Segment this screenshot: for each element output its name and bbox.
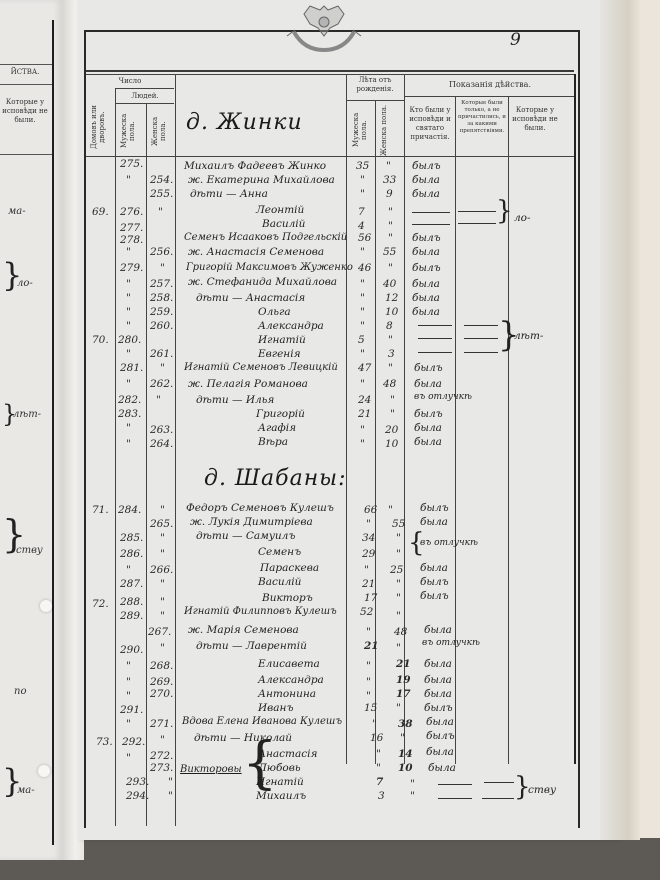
header-number: Число xyxy=(88,77,172,86)
male-number: " xyxy=(126,676,131,688)
age-male: " xyxy=(360,378,365,390)
page-frame-rule xyxy=(52,20,54,845)
person-name: дѣти — Анастасія xyxy=(196,292,305,304)
confession-mark: былъ xyxy=(412,262,441,274)
confession-mark: былъ xyxy=(412,160,441,172)
female-number: " xyxy=(160,362,165,374)
female-number: " xyxy=(160,596,165,608)
header-female: Женска пола. xyxy=(151,106,167,156)
age-female: " xyxy=(388,232,393,244)
person-name: Вѣра xyxy=(258,436,288,448)
confession-mark: была xyxy=(420,516,448,528)
age-female: " xyxy=(410,790,415,802)
blank-dash xyxy=(418,325,452,326)
blank-dash xyxy=(458,223,496,224)
header-age: Лѣта отъ рожденія. xyxy=(348,76,402,94)
age-male: " xyxy=(360,188,365,200)
age-female: " xyxy=(388,206,393,218)
age-male: " xyxy=(366,518,371,530)
person-name: Любовь xyxy=(258,762,301,774)
age-female: " xyxy=(396,642,401,654)
male-number: 283. xyxy=(118,408,141,420)
age-male: " xyxy=(366,626,371,638)
age-female: " xyxy=(396,532,401,544)
age-male: 21 xyxy=(364,640,379,652)
column-rule xyxy=(175,74,176,826)
age-female: " xyxy=(388,262,393,274)
person-name: Григорій Максимовъ Жуженко xyxy=(186,262,353,273)
blank-dash xyxy=(464,338,498,339)
female-number: 258. xyxy=(150,292,173,304)
female-number: 272. xyxy=(150,750,173,762)
age-male: " xyxy=(360,438,365,450)
person-name: Вдова Елена Иванова Кулешъ xyxy=(182,716,342,727)
blank-dash xyxy=(438,798,472,799)
confession-mark: былъ xyxy=(420,502,449,514)
age-female: 33 xyxy=(383,174,396,186)
age-female: " xyxy=(396,610,401,622)
age-male: 56 xyxy=(358,232,371,244)
person-name: ж. Лукія Димитріева xyxy=(190,516,313,528)
male-number: " xyxy=(126,564,131,576)
header-male: Мужеска пола. xyxy=(120,106,136,156)
confession-mark: была xyxy=(412,306,440,318)
column-rule xyxy=(455,96,456,764)
female-number: " xyxy=(160,504,165,516)
confession-mark: былъ xyxy=(424,702,453,714)
age-female: 10 xyxy=(385,438,398,450)
margin-note: по xyxy=(14,686,26,697)
person-name: Семенъ xyxy=(258,546,301,558)
person-name: Игнатій Филипповъ Кулешъ xyxy=(184,606,337,617)
column-rule xyxy=(574,74,576,764)
margin-note: лѣт- xyxy=(13,409,41,420)
age-male: 15 xyxy=(364,702,377,714)
male-number: " xyxy=(126,438,131,450)
blank-dash xyxy=(412,224,450,225)
female-number: " xyxy=(160,734,165,746)
header-age-male: Мужеска пола. xyxy=(352,104,368,156)
male-number: 285. xyxy=(120,532,143,544)
header-rule xyxy=(86,74,574,75)
confession-mark: была xyxy=(424,624,452,636)
female-number: " xyxy=(168,790,173,802)
female-number: " xyxy=(160,548,165,560)
margin-note: ству xyxy=(16,545,43,556)
age-female: 19 xyxy=(396,674,411,686)
age-female: " xyxy=(390,394,395,406)
blank-dash xyxy=(464,325,498,326)
household-number: 70. xyxy=(92,334,109,346)
confession-mark: была xyxy=(424,658,452,670)
female-number: " xyxy=(156,394,161,406)
person-name: Иванъ xyxy=(258,702,293,714)
brace-note: ству xyxy=(528,784,556,796)
person-name: Семенъ Исааковъ Подгельскій xyxy=(184,232,347,243)
confession-mark: была xyxy=(412,278,440,290)
age-male: " xyxy=(376,748,381,760)
person-name: Евгенія xyxy=(258,348,301,360)
confession-mark: былъ xyxy=(412,232,441,244)
age-male: " xyxy=(376,762,381,774)
blank-dash xyxy=(412,212,450,213)
confession-mark: была xyxy=(414,378,442,390)
age-male: 35 xyxy=(356,160,369,172)
header-rule xyxy=(0,154,52,155)
household-number: 69. xyxy=(92,206,109,218)
female-number: 273. xyxy=(150,762,173,774)
age-female: 38 xyxy=(398,718,413,730)
male-number: 279. xyxy=(120,262,143,274)
person-name: Агафія xyxy=(258,422,296,434)
age-male: 47 xyxy=(358,362,371,374)
header-rule xyxy=(116,88,174,89)
person-name: Антонина xyxy=(258,688,316,700)
person-name: Михаилъ Фадеевъ Жинко xyxy=(184,160,326,172)
person-name: Анастасія xyxy=(258,748,317,760)
person-name: Леонтій xyxy=(256,204,304,216)
male-number: " xyxy=(126,690,131,702)
female-number: 254. xyxy=(150,174,173,186)
age-female: 12 xyxy=(385,292,398,304)
confession-mark: была xyxy=(428,762,456,774)
confession-mark: былъ xyxy=(420,576,449,588)
age-male: " xyxy=(360,306,365,318)
male-number: 289. xyxy=(120,610,143,622)
age-male: " xyxy=(366,676,371,688)
person-name: ж. Марія Семенова xyxy=(188,624,299,636)
age-female: " xyxy=(396,702,401,714)
age-male: 52 xyxy=(360,606,373,618)
age-female: 10 xyxy=(398,762,413,774)
village-title: д. Жинки xyxy=(186,110,303,135)
age-male: 34 xyxy=(362,532,375,544)
age-female: " xyxy=(400,732,405,744)
age-male: 46 xyxy=(358,262,371,274)
person-name: ж. Стефанида Михайлова xyxy=(188,276,337,288)
header-rule xyxy=(86,70,574,72)
person-name: Ольга xyxy=(258,306,291,318)
age-female: " xyxy=(410,778,415,790)
age-male: 4 xyxy=(358,220,365,232)
confession-mark: была xyxy=(424,674,452,686)
male-number: 275. xyxy=(120,158,143,170)
age-male: 7 xyxy=(376,776,383,788)
age-female: 14 xyxy=(398,748,413,760)
person-name: ж. Пелагія Романова xyxy=(188,378,308,390)
header-households: Домовъ или дворовъ. xyxy=(90,100,106,154)
confession-mark: была xyxy=(414,422,442,434)
header-rule xyxy=(0,64,52,65)
page-edge xyxy=(600,0,640,840)
age-female: " xyxy=(390,408,395,420)
confession-mark: была xyxy=(412,174,440,186)
confession-mark: былъ xyxy=(414,362,443,374)
age-female: 48 xyxy=(394,626,407,638)
female-number: " xyxy=(160,532,165,544)
age-female: 25 xyxy=(390,564,403,576)
person-name: дѣти — Анна xyxy=(190,188,268,200)
male-number: " xyxy=(126,320,131,332)
age-male: " xyxy=(360,246,365,258)
age-male: 3 xyxy=(378,790,385,802)
blank-dash xyxy=(438,784,472,785)
family-side-label: Викторовы xyxy=(180,764,242,775)
blank-dash xyxy=(464,352,498,353)
blank-dash xyxy=(482,798,514,799)
person-name: дѣти — Самуилъ xyxy=(196,530,295,542)
female-number: 268. xyxy=(150,660,173,672)
age-male: " xyxy=(360,174,365,186)
brace-note: ло- xyxy=(514,212,531,224)
age-female: 20 xyxy=(385,424,398,436)
age-female: 17 xyxy=(396,688,411,700)
age-female: " xyxy=(388,362,393,374)
person-name: дѣти — Илья xyxy=(196,394,274,406)
header-actions: Показанія дѣйства. xyxy=(406,80,574,89)
female-number: 256. xyxy=(150,246,173,258)
age-male: 17 xyxy=(364,592,377,604)
male-number: 278. xyxy=(120,234,143,246)
age-female: 21 xyxy=(396,658,411,670)
confession-mark: была xyxy=(424,688,452,700)
blank-dash xyxy=(418,352,452,353)
age-male: " xyxy=(360,348,365,360)
age-male: " xyxy=(364,564,369,576)
age-male: " xyxy=(360,278,365,290)
column-rule xyxy=(146,103,147,826)
age-female: 3 xyxy=(388,348,395,360)
male-number: 286. xyxy=(120,548,143,560)
female-number: 260. xyxy=(150,320,173,332)
confession-mark: въ отлучкѣ xyxy=(414,392,472,402)
household-number: 72. xyxy=(92,598,109,610)
age-male: " xyxy=(372,718,377,730)
person-name: дѣти — Лаврентій xyxy=(196,640,307,652)
age-male: " xyxy=(366,660,371,672)
female-number: " xyxy=(160,642,165,654)
person-name: ж. Анастасія Семенова xyxy=(188,246,324,258)
confession-mark: былъ xyxy=(414,408,443,420)
previous-page: ЙСТВА. Которые у исповѣди не были. ма- }… xyxy=(0,0,62,860)
age-male: " xyxy=(360,320,365,332)
blank-dash xyxy=(484,782,514,783)
confession-mark: былъ xyxy=(426,730,455,742)
male-number: 293. xyxy=(126,776,149,788)
person-name: ж. Екатерина Михайлова xyxy=(188,174,335,186)
column-rule xyxy=(115,88,116,826)
left-page-header-fragment: ЙСТВА. xyxy=(0,68,50,77)
person-name: Григорій xyxy=(256,408,305,420)
female-number: 262. xyxy=(150,378,173,390)
female-number: " xyxy=(168,776,173,788)
female-number: 270. xyxy=(150,688,173,700)
male-number: 288. xyxy=(120,596,143,608)
age-male: 29 xyxy=(362,548,375,560)
confession-mark: была xyxy=(426,716,454,728)
female-number: " xyxy=(160,610,165,622)
female-number: 261. xyxy=(150,348,173,360)
male-number: " xyxy=(126,660,131,672)
header-people: Людей. xyxy=(116,92,174,101)
age-female: 40 xyxy=(383,278,396,290)
brace: } xyxy=(496,198,513,224)
confession-mark: былъ xyxy=(420,590,449,602)
male-number: 282. xyxy=(118,394,141,406)
confession-mark: въ отлучкѣ xyxy=(420,538,478,548)
male-number: 292. xyxy=(122,736,145,748)
female-number: " xyxy=(158,206,163,218)
male-number: 287. xyxy=(120,578,143,590)
person-name: Елисавета xyxy=(258,658,320,670)
person-name: Викторъ xyxy=(262,592,313,604)
confession-mark: была xyxy=(412,188,440,200)
age-female: 55 xyxy=(383,246,396,258)
left-page-column-header: Которые у исповѣди не были. xyxy=(2,98,48,125)
age-male: 7 xyxy=(358,206,365,218)
age-female: " xyxy=(396,592,401,604)
column-rule xyxy=(346,74,347,764)
header-rule xyxy=(116,103,174,104)
header-rule xyxy=(0,84,52,85)
age-female: " xyxy=(388,504,393,516)
imperial-eagle-crest-icon xyxy=(282,0,366,62)
header-only-confessed: Которые были только, а не причастились, … xyxy=(456,100,508,135)
village-title: д. Шабаны: xyxy=(204,466,347,491)
column-rule xyxy=(375,100,376,764)
female-number: 267. xyxy=(148,626,171,638)
person-name: Василій xyxy=(258,576,301,588)
age-male: " xyxy=(360,424,365,436)
blank-dash xyxy=(458,211,496,212)
female-number: 265. xyxy=(150,518,173,530)
age-female: 55 xyxy=(392,518,405,530)
margin-note: ма- xyxy=(8,206,26,217)
person-name: Александра xyxy=(258,320,324,332)
person-name: Игнатій xyxy=(256,776,304,788)
female-number: 266. xyxy=(150,564,173,576)
age-female: " xyxy=(396,548,401,560)
age-female: " xyxy=(388,220,393,232)
age-female: " xyxy=(396,578,401,590)
male-number: " xyxy=(126,292,131,304)
female-number: 257. xyxy=(150,278,173,290)
person-name: Федоръ Семеновъ Кулешъ xyxy=(186,502,334,514)
male-number: " xyxy=(126,348,131,360)
male-number: 277. xyxy=(120,222,143,234)
confession-mark: въ отлучкѣ xyxy=(422,638,480,648)
age-female: 9 xyxy=(386,188,393,200)
margin-note: ло- xyxy=(17,278,33,289)
male-number: 290. xyxy=(120,644,143,656)
female-number: 263. xyxy=(150,424,173,436)
female-number: " xyxy=(160,262,165,274)
binding-hole xyxy=(40,600,52,612)
confession-mark: была xyxy=(412,292,440,304)
male-number: 294. xyxy=(126,790,149,802)
female-number: 271. xyxy=(150,718,173,730)
female-number: 259. xyxy=(150,306,173,318)
male-number: " xyxy=(126,278,131,290)
age-male: 21 xyxy=(362,578,375,590)
age-female: 8 xyxy=(386,320,393,332)
male-number: " xyxy=(126,246,131,258)
binding-hole xyxy=(38,765,50,777)
person-name: Игнатій xyxy=(258,334,306,346)
age-female: 48 xyxy=(383,378,396,390)
female-number: 255. xyxy=(150,188,173,200)
household-number: 73. xyxy=(96,736,113,748)
table-surface xyxy=(0,838,660,880)
male-number: 281. xyxy=(120,362,143,374)
person-name: Игнатій Семеновъ Левицкій xyxy=(184,362,338,373)
person-name: Александра xyxy=(258,674,324,686)
person-name: Параскева xyxy=(260,562,319,574)
male-number: 291. xyxy=(120,704,143,716)
female-number: 269. xyxy=(150,676,173,688)
household-number: 71. xyxy=(92,504,109,516)
age-male: 21 xyxy=(358,408,371,420)
female-number: 264. xyxy=(150,438,173,450)
page-number: 9 xyxy=(510,30,521,50)
age-female: " xyxy=(386,160,391,172)
male-number: " xyxy=(126,306,131,318)
male-number: 280. xyxy=(118,334,141,346)
age-male: " xyxy=(366,690,371,702)
female-number: " xyxy=(160,578,165,590)
person-name: Михаилъ xyxy=(256,790,306,802)
person-name: Василій xyxy=(262,218,305,230)
margin-note: ма- xyxy=(17,785,35,796)
confession-mark: была xyxy=(412,246,440,258)
blank-dash xyxy=(418,338,452,339)
age-male: " xyxy=(360,292,365,304)
confession-mark: была xyxy=(420,562,448,574)
age-male: 5 xyxy=(358,334,365,346)
male-number: " xyxy=(126,422,131,434)
male-number: " xyxy=(126,174,131,186)
confession-mark: была xyxy=(414,436,442,448)
confession-mark: была xyxy=(426,746,454,758)
age-male: 16 xyxy=(370,732,383,744)
male-number: 284. xyxy=(118,504,141,516)
header-age-female: Женска пола. xyxy=(380,104,388,156)
age-male: 66 xyxy=(364,504,377,516)
header-confessed: Кто были у исповѣди и святаго причастія. xyxy=(405,106,455,142)
header-not-confessed: Которые у исповѣди не были. xyxy=(510,106,560,133)
age-female: 10 xyxy=(385,306,398,318)
age-male: 24 xyxy=(358,394,371,406)
male-number: " xyxy=(126,378,131,390)
header-rule xyxy=(404,96,574,97)
male-number: " xyxy=(126,718,131,730)
male-number: " xyxy=(126,752,131,764)
header-rule xyxy=(86,156,574,157)
male-number: 276. xyxy=(120,206,143,218)
brace-note: лѣт- xyxy=(514,330,543,342)
age-female: " xyxy=(388,334,393,346)
